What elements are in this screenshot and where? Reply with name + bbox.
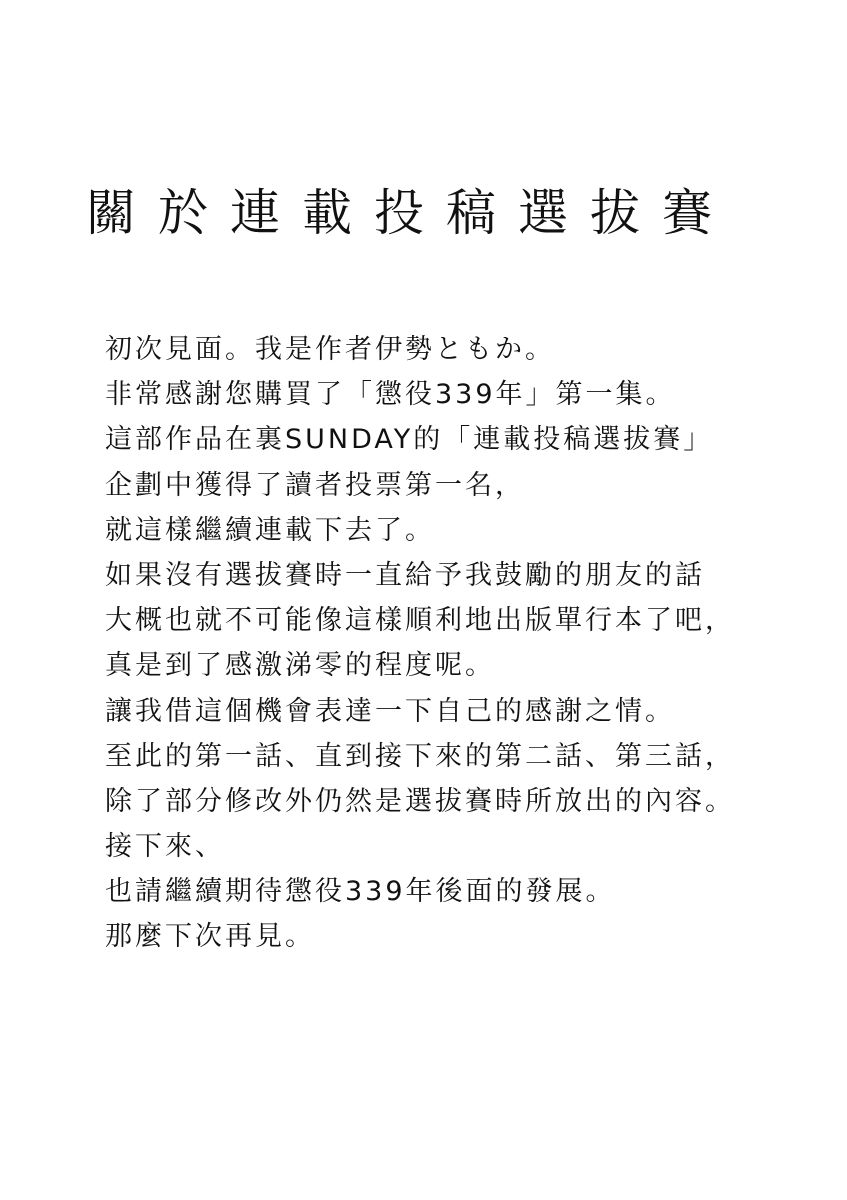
text-line: 至此的第一話、直到接下來的第二話、第三話， (105, 734, 805, 779)
text-line: 除了部分修改外仍然是選拔賽時所放出的內容。 (105, 779, 805, 824)
text-line: 接下來、 (105, 824, 805, 869)
text-line: 企劃中獲得了讀者投票第一名， (105, 463, 805, 508)
text-line: 大概也就不可能像這樣順利地出版單行本了吧， (105, 598, 805, 643)
page-title: 關於連載投稿選拔賽 (86, 178, 766, 248)
text-line: 讓我借這個機會表達一下自己的感謝之情。 (105, 689, 805, 734)
text-line: 那麼下次再見。 (105, 914, 805, 959)
text-line: 真是到了感激涕零的程度呢。 (105, 643, 805, 688)
text-line: 就這樣繼續連載下去了。 (105, 508, 805, 553)
body-text: 初次見面。我是作者伊勢ともか。 非常感謝您購買了「懲役339年」第一集。 這部作… (105, 327, 805, 960)
text-line: 非常感謝您購買了「懲役339年」第一集。 (105, 372, 805, 417)
text-line: 也請繼續期待懲役339年後面的發展。 (105, 869, 805, 914)
text-line: 初次見面。我是作者伊勢ともか。 (105, 327, 805, 372)
text-line: 如果沒有選拔賽時一直給予我鼓勵的朋友的話 (105, 553, 805, 598)
text-line: 這部作品在裏SUNDAY的「連載投稿選拔賽」 (105, 417, 805, 462)
